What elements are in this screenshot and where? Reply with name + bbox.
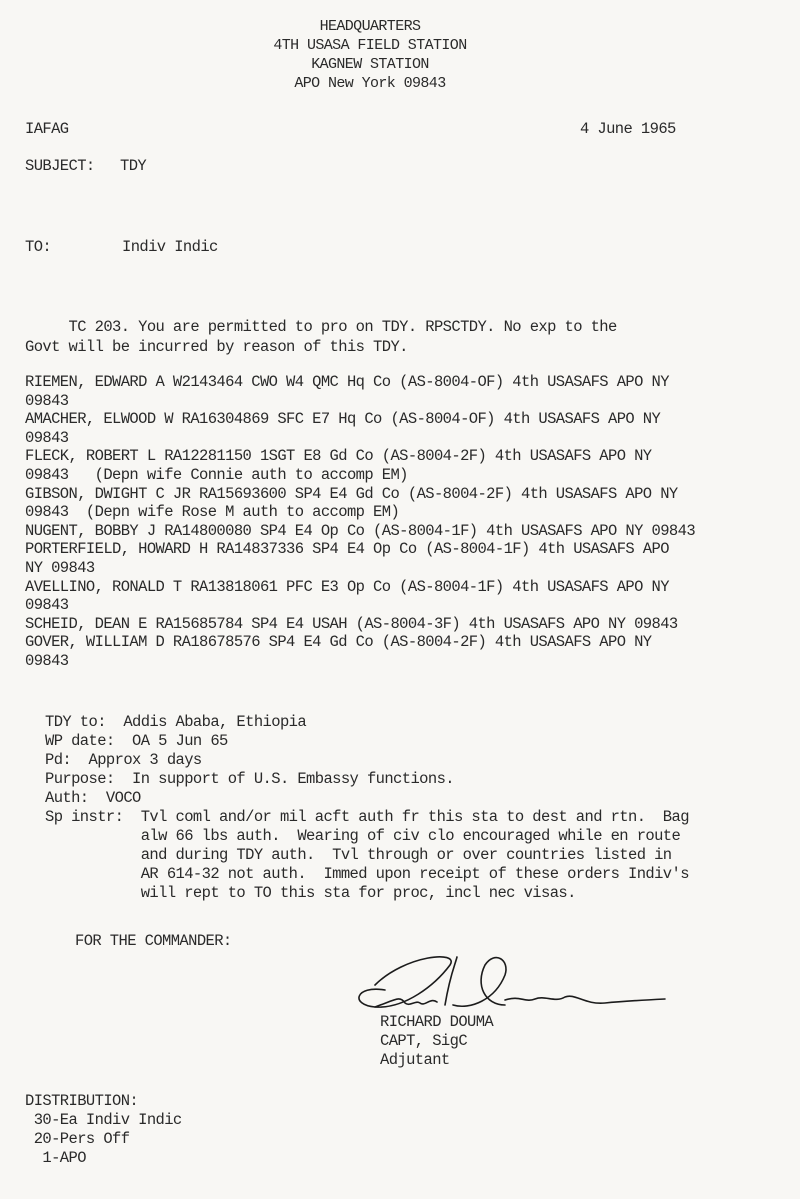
personnel-line: NUGENT, BOBBY J RA14800080 SP4 E4 Op Co … <box>25 522 695 540</box>
subject-label: SUBJECT: <box>25 157 95 175</box>
distribution-item: 20-Pers Off <box>25 1130 129 1148</box>
signer-title: Adjutant <box>380 1051 450 1069</box>
signer-rank: CAPT, SigC <box>380 1032 467 1050</box>
detail-sp-instr: alw 66 lbs auth. Wearing of civ clo enco… <box>45 827 680 845</box>
to-label: TO: <box>25 238 51 256</box>
detail-wp-date: WP date: OA 5 Jun 65 <box>45 732 228 750</box>
detail-sp-instr: Sp instr: Tvl coml and/or mil acft auth … <box>45 808 689 826</box>
to-value: Indiv Indic <box>122 238 218 256</box>
personnel-line: 09843 (Depn wife Connie auth to accomp E… <box>25 466 408 484</box>
personnel-line: NY 09843 <box>25 559 95 577</box>
detail-sp-instr: and during TDY auth. Tvl through or over… <box>45 846 672 864</box>
personnel-line: SCHEID, DEAN E RA15685784 SP4 E4 USAH (A… <box>25 615 678 633</box>
detail-tdy-to: TDY to: Addis Ababa, Ethiopia <box>45 713 306 731</box>
document-date: 4 June 1965 <box>580 120 676 138</box>
header-line: KAGNEW STATION <box>0 56 740 74</box>
personnel-line: RIEMEN, EDWARD A W2143464 CWO W4 QMC Hq … <box>25 373 669 391</box>
personnel-line: GOVER, WILLIAM D RA18678576 SP4 E4 Gd Co… <box>25 633 652 651</box>
header-line: HEADQUARTERS <box>0 18 740 36</box>
personnel-line: PORTERFIELD, HOWARD H RA14837336 SP4 E4 … <box>25 540 669 558</box>
detail-purpose: Purpose: In support of U.S. Embassy func… <box>45 770 454 788</box>
personnel-line: 09843 <box>25 429 69 447</box>
distribution-label: DISTRIBUTION: <box>25 1092 138 1110</box>
distribution-item: 30-Ea Indiv Indic <box>25 1111 182 1129</box>
signer-name: RICHARD DOUMA <box>380 1013 493 1031</box>
body-paragraph: TC 203. You are permitted to pro on TDY.… <box>25 318 617 336</box>
personnel-line: 09843 <box>25 596 69 614</box>
detail-auth: Auth: VOCO <box>45 789 141 807</box>
personnel-line: 09843 <box>25 392 69 410</box>
personnel-line: AMACHER, ELWOOD W RA16304869 SFC E7 Hq C… <box>25 410 660 428</box>
personnel-line: GIBSON, DWIGHT C JR RA15693600 SP4 E4 Gd… <box>25 485 678 503</box>
personnel-line: FLECK, ROBERT L RA12281150 1SGT E8 Gd Co… <box>25 447 652 465</box>
detail-period: Pd: Approx 3 days <box>45 751 202 769</box>
header-line: 4TH USASA FIELD STATION <box>0 37 740 55</box>
subject-value: TDY <box>120 157 146 175</box>
detail-sp-instr: AR 614-32 not auth. Immed upon receipt o… <box>45 865 689 883</box>
body-paragraph: Govt will be incurred by reason of this … <box>25 338 408 356</box>
personnel-line: 09843 (Depn wife Rose M auth to accomp E… <box>25 503 399 521</box>
memo-page: HEADQUARTERS 4TH USASA FIELD STATION KAG… <box>0 0 800 1199</box>
personnel-line: AVELLINO, RONALD T RA13818061 PFC E3 Op … <box>25 578 669 596</box>
distribution-item: 1-APO <box>25 1149 86 1167</box>
header-line: APO New York 09843 <box>0 75 740 93</box>
personnel-line: 09843 <box>25 652 69 670</box>
closing-line: FOR THE COMMANDER: <box>75 932 232 950</box>
detail-sp-instr: will rept to TO this sta for proc, incl … <box>45 884 576 902</box>
office-symbol: IAFAG <box>25 120 69 138</box>
